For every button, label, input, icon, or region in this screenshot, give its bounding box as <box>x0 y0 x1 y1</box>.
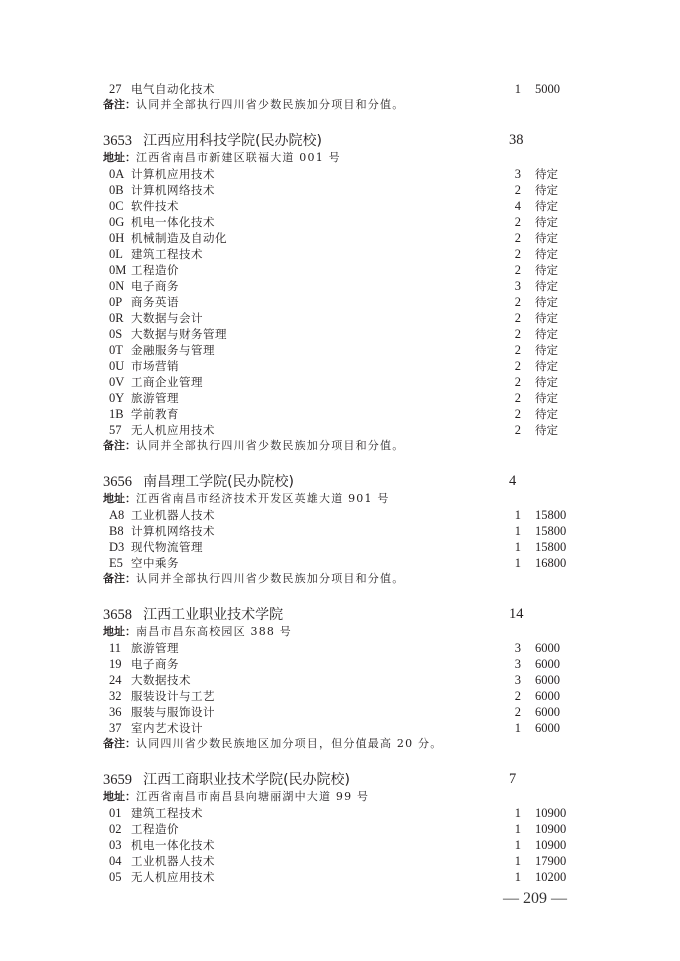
document-page: 27 电气自动化技术 1 5000 备注：认同并全部执行四川省少数民族加分项目和… <box>103 81 583 885</box>
school-header: 3653 江西应用科技学院(民办院校) 38 <box>103 130 583 150</box>
program-code: 0G <box>109 214 124 230</box>
school-name: 江西工商职业技术学院(民办院校) <box>143 772 350 788</box>
program-row: 0S大数据与财务管理2待定 <box>103 326 583 342</box>
program-name: 旅游管理 <box>131 640 179 656</box>
program-row: 0P商务英语2待定 <box>103 294 583 310</box>
school-note: 备注：认同四川省少数民族地区加分项目，但分值最高 20 分。 <box>103 736 583 752</box>
program-name: 机械制造及自动化 <box>131 230 227 246</box>
program-code: 1B <box>109 406 124 422</box>
program-fee: 5000 <box>535 81 560 97</box>
school-header: 3658 江西工业职业技术学院 14 <box>103 604 583 624</box>
program-code: 0T <box>109 342 123 358</box>
program-name: 空中乘务 <box>131 555 179 571</box>
program-name: 大数据与会计 <box>131 310 203 326</box>
program-fee: 10200 <box>535 869 566 885</box>
school-id: 3653 <box>103 133 132 149</box>
program-count: 3 <box>515 640 521 656</box>
program-code: 0V <box>109 374 124 390</box>
program-row: 19电子商务36000 <box>103 656 583 672</box>
program-row: 37室内艺术设计16000 <box>103 720 583 736</box>
program-fee: 待定 <box>535 310 558 326</box>
program-count: 3 <box>515 656 521 672</box>
program-name: 商务英语 <box>131 294 179 310</box>
program-code: 0H <box>109 230 124 246</box>
program-code: 05 <box>109 869 122 885</box>
program-name: 计算机网络技术 <box>131 182 215 198</box>
program-code: E5 <box>109 555 123 571</box>
school-address: 地址：江西省南昌市南昌县向塘丽湖中大道 99 号 <box>103 789 583 805</box>
program-row: D3现代物流管理115800 <box>103 539 583 555</box>
program-code: 0A <box>109 166 124 182</box>
program-count: 2 <box>515 214 521 230</box>
program-name: 计算机网络技术 <box>131 523 215 539</box>
program-name: 电子商务 <box>131 278 179 294</box>
program-row: B8计算机网络技术115800 <box>103 523 583 539</box>
school-address: 地址：南昌市昌东高校园区 388 号 <box>103 624 583 640</box>
note-label: 备注： <box>103 737 136 750</box>
address-label: 地址： <box>103 790 136 803</box>
program-code: 0C <box>109 198 124 214</box>
program-code: 02 <box>109 821 122 837</box>
program-name: 大数据与财务管理 <box>131 326 227 342</box>
program-count: 2 <box>515 342 521 358</box>
program-row: 01建筑工程技术110900 <box>103 805 583 821</box>
program-count: 2 <box>515 326 521 342</box>
program-count: 3 <box>515 672 521 688</box>
program-name: 工业机器人技术 <box>131 507 215 523</box>
program-fee: 10900 <box>535 821 566 837</box>
program-count: 2 <box>515 688 521 704</box>
program-name: 工程造价 <box>131 821 179 837</box>
school-note: 备注：认同并全部执行四川省少数民族加分项目和分值。 <box>103 438 583 454</box>
program-row: 03机电一体化技术110900 <box>103 837 583 853</box>
program-name: 工程造价 <box>131 262 179 278</box>
program-count: 2 <box>515 374 521 390</box>
program-code: 03 <box>109 837 122 853</box>
program-fee: 16800 <box>535 555 566 571</box>
program-fee: 6000 <box>535 688 560 704</box>
school-header: 3656 南昌理工学院(民办院校) 4 <box>103 471 583 491</box>
school-address: 地址：江西省南昌市新建区联福大道 001 号 <box>103 150 583 166</box>
program-fee: 6000 <box>535 656 560 672</box>
program-fee: 10900 <box>535 837 566 853</box>
program-code: D3 <box>109 539 124 555</box>
school-section-3653: 3653 江西应用科技学院(民办院校) 38 地址：江西省南昌市新建区联福大道 … <box>103 130 583 454</box>
continuation-section: 27 电气自动化技术 1 5000 备注：认同并全部执行四川省少数民族加分项目和… <box>103 81 583 113</box>
program-code: 0P <box>109 294 122 310</box>
program-count: 1 <box>515 507 521 523</box>
program-fee: 15800 <box>535 523 566 539</box>
program-code: 01 <box>109 805 122 821</box>
school-name: 江西工业职业技术学院 <box>143 607 283 623</box>
program-count: 1 <box>515 720 521 736</box>
address-label: 地址： <box>103 492 136 505</box>
program-code: 0U <box>109 358 124 374</box>
school-header: 3659 江西工商职业技术学院(民办院校) 7 <box>103 769 583 789</box>
program-fee: 待定 <box>535 374 558 390</box>
address-text: 江西省南昌市新建区联福大道 001 号 <box>136 151 341 164</box>
program-code: 0R <box>109 310 124 326</box>
school-total: 14 <box>509 604 524 624</box>
program-count: 3 <box>515 278 521 294</box>
program-fee: 待定 <box>535 358 558 374</box>
program-fee: 6000 <box>535 720 560 736</box>
program-fee: 待定 <box>535 422 558 438</box>
program-count: 2 <box>515 262 521 278</box>
program-count: 1 <box>515 821 521 837</box>
note-label: 备注： <box>103 98 136 111</box>
program-row: 0V工商企业管理2待定 <box>103 374 583 390</box>
school-name: 南昌理工学院(民办院校) <box>143 474 294 490</box>
program-count: 1 <box>515 869 521 885</box>
program-name: 服装与服饰设计 <box>131 704 215 720</box>
note-text: 认同并全部执行四川省少数民族加分项目和分值。 <box>136 572 404 585</box>
address-text: 南昌市昌东高校园区 388 号 <box>136 625 292 638</box>
program-row: 0B计算机网络技术2待定 <box>103 182 583 198</box>
program-row: 0R大数据与会计2待定 <box>103 310 583 326</box>
program-fee: 待定 <box>535 342 558 358</box>
program-count: 1 <box>515 555 521 571</box>
program-fee: 10900 <box>535 805 566 821</box>
program-code: 0B <box>109 182 124 198</box>
school-id: 3659 <box>103 772 132 788</box>
program-code: 57 <box>109 422 122 438</box>
program-count: 2 <box>515 390 521 406</box>
note-text: 认同并全部执行四川省少数民族加分项目和分值。 <box>136 98 404 111</box>
program-count: 1 <box>515 853 521 869</box>
program-row: 05无人机应用技术110200 <box>103 869 583 885</box>
program-code: 11 <box>109 640 121 656</box>
program-count: 3 <box>515 166 521 182</box>
school-address: 地址：江西省南昌市经济技术开发区英雄大道 901 号 <box>103 491 583 507</box>
address-label: 地址： <box>103 625 136 638</box>
program-name: 电子商务 <box>131 656 179 672</box>
program-code: 0M <box>109 262 126 278</box>
program-row: 36服装与服饰设计26000 <box>103 704 583 720</box>
page-number: — 209 — <box>503 890 567 908</box>
program-row: E5空中乘务116800 <box>103 555 583 571</box>
program-fee: 17900 <box>535 853 566 869</box>
program-name: 计算机应用技术 <box>131 166 215 182</box>
program-fee: 待定 <box>535 182 558 198</box>
program-fee: 6000 <box>535 672 560 688</box>
program-code: 36 <box>109 704 122 720</box>
program-fee: 待定 <box>535 326 558 342</box>
program-row: 0C软件技术4待定 <box>103 198 583 214</box>
school-note: 备注：认同并全部执行四川省少数民族加分项目和分值。 <box>103 571 583 587</box>
program-count: 1 <box>515 523 521 539</box>
program-fee: 待定 <box>535 278 558 294</box>
program-row: 27 电气自动化技术 1 5000 <box>103 81 583 97</box>
address-label: 地址： <box>103 151 136 164</box>
program-row: 0G机电一体化技术2待定 <box>103 214 583 230</box>
program-name: 软件技术 <box>131 198 179 214</box>
program-row: 0Y旅游管理2待定 <box>103 390 583 406</box>
program-fee: 待定 <box>535 230 558 246</box>
program-name: 旅游管理 <box>131 390 179 406</box>
program-name: 工业机器人技术 <box>131 853 215 869</box>
program-name: 市场营销 <box>131 358 179 374</box>
school-id: 3656 <box>103 474 132 490</box>
program-count: 1 <box>515 81 521 97</box>
school-section-3656: 3656 南昌理工学院(民办院校) 4 地址：江西省南昌市经济技术开发区英雄大道… <box>103 471 583 587</box>
program-count: 2 <box>515 230 521 246</box>
program-row: 0U市场营销2待定 <box>103 358 583 374</box>
program-row: 04工业机器人技术117900 <box>103 853 583 869</box>
program-row: 0N电子商务3待定 <box>103 278 583 294</box>
school-total: 38 <box>509 130 524 150</box>
address-text: 江西省南昌市经济技术开发区英雄大道 901 号 <box>136 492 390 505</box>
note-label: 备注： <box>103 572 136 585</box>
program-code: 0N <box>109 278 124 294</box>
program-fee: 待定 <box>535 294 558 310</box>
program-fee: 待定 <box>535 246 558 262</box>
program-code: B8 <box>109 523 124 539</box>
program-count: 2 <box>515 182 521 198</box>
program-row: A8工业机器人技术115800 <box>103 507 583 523</box>
program-count: 2 <box>515 294 521 310</box>
program-count: 2 <box>515 310 521 326</box>
program-row: 11旅游管理36000 <box>103 640 583 656</box>
program-code: 19 <box>109 656 122 672</box>
program-row: 24大数据技术36000 <box>103 672 583 688</box>
program-count: 1 <box>515 539 521 555</box>
program-row: 0L建筑工程技术2待定 <box>103 246 583 262</box>
program-count: 4 <box>515 198 521 214</box>
address-text: 江西省南昌市南昌县向塘丽湖中大道 99 号 <box>136 790 369 803</box>
program-name: 工商企业管理 <box>131 374 203 390</box>
school-total: 4 <box>509 471 516 491</box>
school-note: 备注：认同并全部执行四川省少数民族加分项目和分值。 <box>103 97 583 113</box>
note-text: 认同并全部执行四川省少数民族加分项目和分值。 <box>136 439 404 452</box>
program-row: 1B学前教育2待定 <box>103 406 583 422</box>
program-name: 机电一体化技术 <box>131 837 215 853</box>
program-fee: 待定 <box>535 214 558 230</box>
program-code: 37 <box>109 720 122 736</box>
program-name: 电气自动化技术 <box>131 81 215 97</box>
program-code: 04 <box>109 853 122 869</box>
note-text: 认同四川省少数民族地区加分项目，但分值最高 20 分。 <box>136 737 442 750</box>
program-row: 57无人机应用技术2待定 <box>103 422 583 438</box>
program-count: 2 <box>515 358 521 374</box>
program-name: 无人机应用技术 <box>131 869 215 885</box>
school-total: 7 <box>509 769 516 789</box>
school-id: 3658 <box>103 607 132 623</box>
note-label: 备注： <box>103 439 136 452</box>
program-code: 27 <box>109 81 122 97</box>
program-code: 24 <box>109 672 122 688</box>
program-name: 大数据技术 <box>131 672 191 688</box>
program-name: 无人机应用技术 <box>131 422 215 438</box>
program-code: 0S <box>109 326 122 342</box>
program-name: 建筑工程技术 <box>131 246 203 262</box>
program-count: 1 <box>515 837 521 853</box>
program-name: 学前教育 <box>131 406 179 422</box>
program-fee: 6000 <box>535 704 560 720</box>
program-code: 32 <box>109 688 122 704</box>
program-row: 0H机械制造及自动化2待定 <box>103 230 583 246</box>
program-count: 2 <box>515 406 521 422</box>
program-count: 2 <box>515 422 521 438</box>
program-name: 服装设计与工艺 <box>131 688 215 704</box>
program-count: 2 <box>515 704 521 720</box>
program-fee: 6000 <box>535 640 560 656</box>
program-row: 0M工程造价2待定 <box>103 262 583 278</box>
program-fee: 待定 <box>535 262 558 278</box>
program-name: 现代物流管理 <box>131 539 203 555</box>
program-name: 金融服务与管理 <box>131 342 215 358</box>
program-count: 2 <box>515 246 521 262</box>
program-fee: 待定 <box>535 390 558 406</box>
school-section-3658: 3658 江西工业职业技术学院 14 地址：南昌市昌东高校园区 388 号 11… <box>103 604 583 752</box>
program-name: 建筑工程技术 <box>131 805 203 821</box>
program-fee: 待定 <box>535 198 558 214</box>
program-code: A8 <box>109 507 124 523</box>
program-row: 32服装设计与工艺26000 <box>103 688 583 704</box>
program-code: 0L <box>109 246 123 262</box>
school-section-3659: 3659 江西工商职业技术学院(民办院校) 7 地址：江西省南昌市南昌县向塘丽湖… <box>103 769 583 885</box>
program-fee: 15800 <box>535 507 566 523</box>
program-name: 机电一体化技术 <box>131 214 215 230</box>
program-row: 0A计算机应用技术3待定 <box>103 166 583 182</box>
program-code: 0Y <box>109 390 124 406</box>
program-fee: 待定 <box>535 406 558 422</box>
program-fee: 15800 <box>535 539 566 555</box>
program-row: 0T金融服务与管理2待定 <box>103 342 583 358</box>
program-fee: 待定 <box>535 166 558 182</box>
program-count: 1 <box>515 805 521 821</box>
school-name: 江西应用科技学院(民办院校) <box>143 133 322 149</box>
program-name: 室内艺术设计 <box>131 720 203 736</box>
program-row: 02工程造价110900 <box>103 821 583 837</box>
